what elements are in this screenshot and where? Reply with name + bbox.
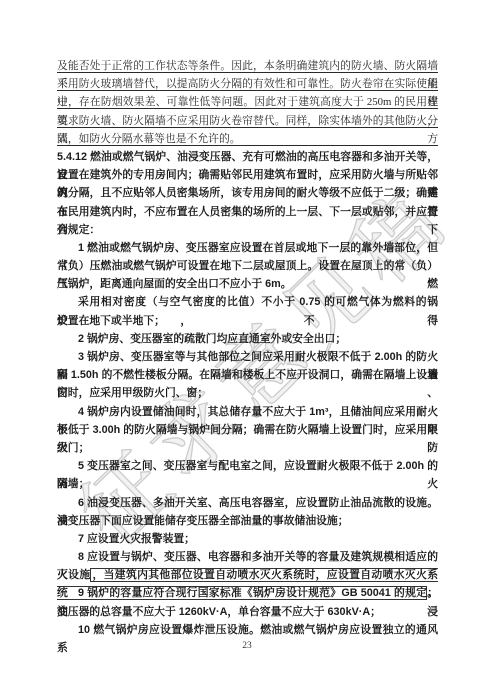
- text-line-item-8-28: 火设施，当建筑内其他部位设置自动喷水灭火系统时，应设置自动喷水灭火系统；: [57, 566, 438, 584]
- text-line-commentary-1: 采用防火玻璃墙替代，以提高防火分隔的有效性和可靠性。防火卷帘在实际使用过程: [57, 75, 438, 93]
- text-line-item-4-19: 4 锅炉房内设置储油间时，其总储存量不应大于 1m³，且储油间应采用耐火极限: [57, 403, 438, 421]
- text-line-item-3-16: 3 锅炉房、变压器室等与其他部位之间应采用耐火极限不低于 2.00h 的防火隔墙: [57, 348, 438, 366]
- document-body: 及能否处于正常的工作状态等条件。因此，本条明确建筑内的防火墙、防火隔墙不能采用防…: [57, 57, 438, 639]
- text-line-item-2-15: 2 锅炉房、变压器室的疏散门均应直通室外或安全出口；: [57, 330, 438, 348]
- text-line-item-7-26: 7 应设置火灾报警装置；: [57, 530, 438, 548]
- text-line-item-1-10: 1 燃油或燃气锅炉房、变压器室应设置在首层或地下一层的靠外墙部位，但常: [57, 239, 438, 257]
- page-number: 23: [0, 641, 494, 651]
- text-line-item-1-11: （负）压燃油或燃气锅炉可设置在地下二层或屋顶上。设置在屋顶上的常（负）压燃: [57, 257, 438, 275]
- text-line-item-4-20: 不低于 3.00h 的防火隔墙与锅炉间分隔；确需在防火隔墙上设置门时，应采用甲级…: [57, 421, 438, 439]
- text-line-clause-5.4.12-7: 筑分隔，且不应贴邻人员密集场所，该专用房间的耐火等级不应低于二级；确需布置: [57, 184, 438, 202]
- text-line-clause-5.4.12-8: 在民用建筑内时，不应布置在人员密集的场所的上一层、下一层或贴邻，并应符合下: [57, 203, 438, 221]
- text-line-item-8-27: 8 应设置与锅炉、变压器、电容器和多油开关等的容量及建筑规模相适应的灭: [57, 548, 438, 566]
- text-line-item-6-24: 6 油浸变压器、多油开关室、高压电容器室，应设置防止油品流散的设施。油: [57, 494, 438, 512]
- text-line-commentary-0: 及能否处于正常的工作状态等条件。因此，本条明确建筑内的防火墙、防火隔墙不能: [57, 57, 438, 75]
- text-line-item-10-31: 10 燃气锅炉房应设置爆炸泄压设施。燃油或燃气锅炉房应设置独立的通风系: [57, 621, 438, 639]
- text-line-item-9-29: 9 锅炉的容量应符合现行国家标准《锅炉房设计规范》GB 50041 的规定。油浸: [57, 584, 438, 602]
- text-line-item-5-22: 5 变压器室之间、变压器室与配电室之间，应设置耐火极限不低于 2.00h 的防火: [57, 457, 438, 475]
- document-page: 征求意见稿 及能否处于正常的工作状态等条件。因此，本条明确建筑内的防火墙、防火隔…: [0, 0, 494, 700]
- text-segment: 火设施: [57, 569, 90, 581]
- text-line-clause-5.4.12-6: 设置在建筑外的专用房间内；确需贴邻民用建筑布置时，应采用防火墙与所贴邻的建: [57, 166, 438, 184]
- text-line-item-3-17: 和 1.50h 的不燃性楼板分隔。在隔墙和楼板上不应开设洞口，确需在隔墙上设置门…: [57, 366, 438, 384]
- text-line-commentary-2: 中，存在防烟效果差、可靠性低等问题。因此对于建筑高度大于 250m 的民用建筑，: [57, 93, 438, 111]
- text-line-clause-5.4.12-5: 5.4.12 燃油或燃气锅炉、油浸变压器、充有可燃油的高压电容器和多油开关等，宜: [57, 148, 438, 166]
- text-line-item-1-13: 采用相对密度（与空气密度的比值）不小于 0.75 的可燃气体为燃料的锅炉，不得: [57, 293, 438, 311]
- text-line-commentary-3: 要求防火墙、防火隔墙不应采用防火卷帘替代。同样，除实体墙外的其他防火分隔方: [57, 112, 438, 130]
- text-line-item-9-30: 变压器的总容量不应大于 1260kV·A，单台容量不应大于 630kV·A；: [57, 603, 438, 621]
- text-line-item-6-25: 浸变压器下面应设置能储存变压器全部油量的事故储油设施；: [57, 512, 438, 530]
